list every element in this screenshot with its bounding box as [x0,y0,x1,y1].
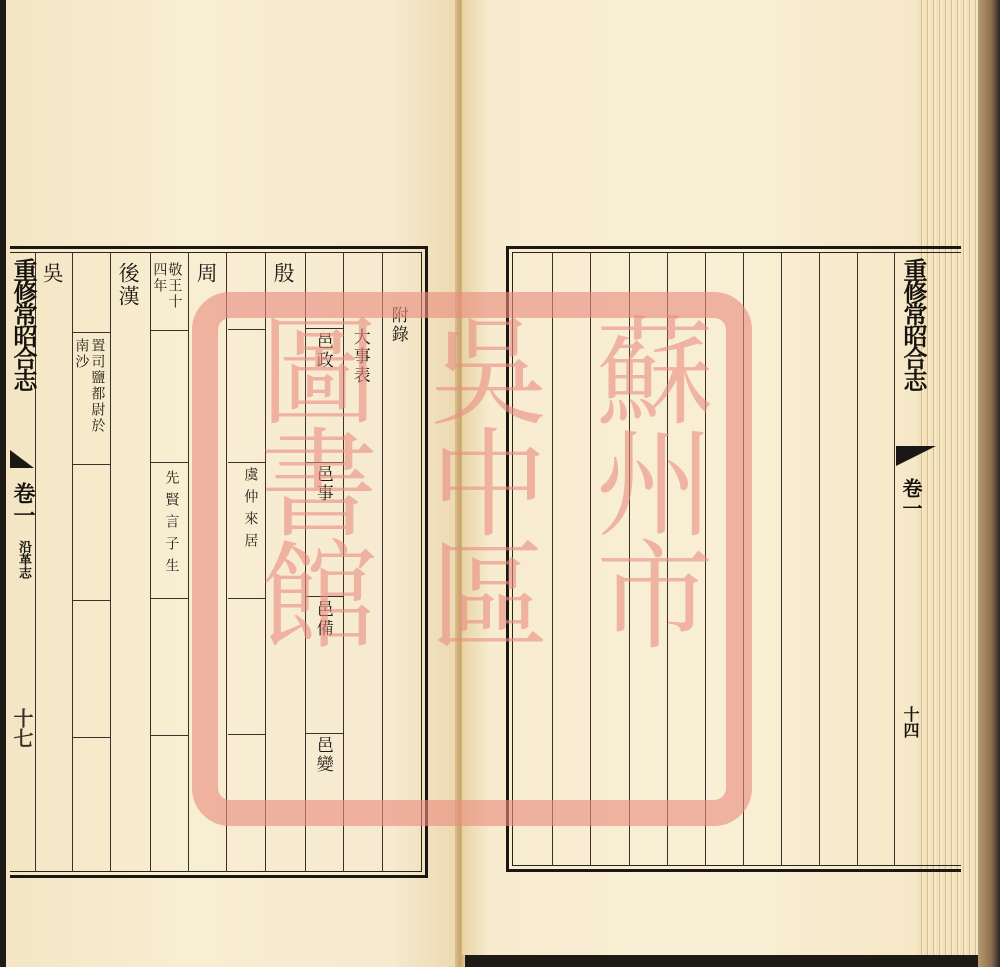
book-title-margin: 重修常昭合志 [6,258,41,390]
volume-label: 卷一 [8,482,39,526]
column-rule [110,252,111,872]
entry-yanzi: 先賢言子生 [163,470,178,580]
column-rule [552,252,553,866]
entry-salt-official-a: 置司鹽都尉於 [89,338,104,434]
book-title-margin-right: 重修常昭合志 [896,258,931,390]
column-rule [857,252,858,866]
fishtail-mark-right [896,446,936,466]
entry-yizheng: 邑政 [313,332,332,370]
column-rule [819,252,820,866]
column-rule [343,252,344,872]
cell-rule [150,735,188,736]
entry-yishi: 邑事 [313,465,332,503]
page-number-right: 十四 [899,706,922,738]
cell-rule [305,733,343,734]
column-rule [894,252,895,866]
column-rule [265,252,266,872]
heading-fulu: 附錄 [388,306,407,344]
entry-yuzhong: 虞仲來居 [242,467,257,555]
cell-rule [305,596,343,597]
column-rule [188,252,189,872]
heading-zhou: 周 [194,262,217,285]
heading-jingwang-b: 四年 [151,262,166,294]
volume-label-right: 卷一 [897,478,926,518]
entry-dashibiao: 大事表 [350,328,369,385]
heading-jingwang-a: 敬王十 [166,262,181,310]
chapter-label: 沿革志 [14,540,33,579]
column-rule [705,252,706,866]
book-cover-edge [978,0,1000,967]
cell-rule [228,734,265,735]
cell-rule [228,462,265,463]
cell-rule [72,332,110,333]
cell-rule [150,462,188,463]
column-rule [382,252,383,872]
cell-rule [150,598,188,599]
cell-rule [150,330,188,331]
cell-rule [305,328,343,329]
cell-rule [72,737,110,738]
cell-rule [72,600,110,601]
column-rule [629,252,630,866]
cell-rule [305,462,343,463]
column-rule [743,252,744,866]
heading-yin: 殷 [271,262,294,285]
column-rule [226,252,227,872]
column-rule [150,252,151,872]
column-rule [590,252,591,866]
entry-yibei: 邑備 [313,600,332,638]
cell-rule [228,329,265,330]
cell-rule [228,598,265,599]
heading-hou-han: 後漢 [116,262,139,308]
page-number-left: 十七 [8,708,37,748]
cell-rule [72,464,110,465]
entry-yibian: 邑變 [313,736,332,774]
fishtail-mark [10,450,34,468]
column-rule [305,252,306,872]
heading-wu: 吳 [40,262,63,285]
column-rule [667,252,668,866]
column-rule [781,252,782,866]
entry-salt-official-b: 南沙 [73,338,88,370]
